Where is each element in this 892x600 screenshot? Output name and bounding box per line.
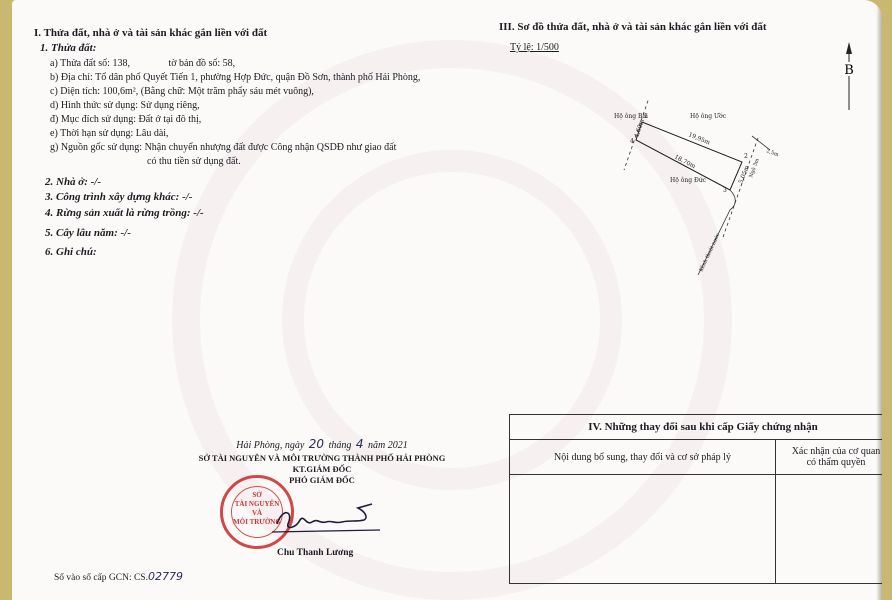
parcel-number-text: a) Thửa đất số: 138, (50, 58, 130, 69)
handwritten-signature (272, 498, 382, 538)
subsection-heading-parcel: 1. Thửa đất: (40, 42, 96, 54)
parcel-address: b) Địa chỉ: Tổ dân phố Quyết Tiến 1, phư… (50, 72, 420, 83)
date-year: năm 2021 (368, 440, 408, 451)
changes-col-content: Nội dung bổ sung, thay đổi và cơ sở pháp… (510, 440, 776, 475)
section-other-construction: 3. Công trình xây dựng khác: -/- (45, 191, 192, 203)
changes-empty-confirmation-cell (776, 475, 883, 584)
edge-4-1: 4,60m (633, 118, 646, 139)
changes-empty-content-cell (510, 475, 776, 584)
signer-name: Chu Thanh Lương (277, 548, 353, 558)
date-month: 4 (354, 437, 366, 451)
issue-date: Hải Phòng, ngày 20 tháng 4 năm 2021 (172, 437, 472, 451)
usage-origin-continued: có thu tiền sử dụng đất. (147, 156, 241, 167)
section-perennial-trees: 5. Cây lâu năm: -/- (45, 227, 131, 239)
neighbor-uoc: Hộ ông Ước (690, 113, 727, 120)
registry-value: 02779 (148, 570, 183, 583)
parcel-diagram: Hộ ông Bài Hộ ông Ước Hộ ông Đức 1 2 3 4… (590, 100, 810, 280)
section-notes: 6. Ghi chú: (45, 246, 97, 258)
section-heading-land: I. Thửa đất, nhà ở và tài sản khác gắn l… (34, 27, 267, 39)
edge-1-2: 19,95m (687, 131, 711, 146)
usage-form: d) Hình thức sử dụng: Sử dụng riêng, (50, 100, 200, 111)
col2-line1: Xác nhận của cơ quan (780, 446, 882, 457)
usage-term: e) Thời hạn sử dụng: Lâu dài, (50, 128, 169, 139)
point-2: 2 (744, 153, 748, 160)
date-month-label: tháng (329, 440, 352, 451)
diagram-title: III. Sơ đồ thửa đất, nhà ở và tài sản kh… (499, 21, 767, 33)
diagram-scale: Tỷ lệ: 1/500 (510, 42, 559, 53)
usage-purpose: đ) Mục đích sử dụng: Đất ở tại đô thị, (50, 114, 201, 125)
signer-role-1: KT.GIÁM ĐỐC (172, 464, 472, 474)
neighbor-duc: Hộ ông Đức (670, 177, 707, 184)
point-1: 1 (644, 113, 648, 120)
certificate-page: I. Thửa đất, nhà ở và tài sản khác gắn l… (12, 0, 882, 600)
neighbor-bai: Hộ ông Bài (614, 113, 648, 120)
canal-label: Kênh thoát nước (697, 232, 721, 273)
registry-number: Số vào sổ cấp GCN: CS.02779 (54, 570, 183, 583)
north-arrow-icon: B (839, 42, 859, 112)
north-label: B (844, 63, 854, 78)
col2-line2: có thẩm quyền (780, 457, 882, 468)
section-planted-forest: 4. Rừng sản xuất là rừng trồng: -/- (45, 207, 204, 219)
offset-label: 2,5m (765, 148, 779, 158)
parcel-number: a) Thửa đất số: 138, tờ bản đồ số: 58, (50, 58, 235, 69)
point-3: 3 (723, 187, 727, 194)
map-sheet-number: tờ bản đồ số: 58, (168, 58, 235, 69)
registry-label: Số vào sổ cấp GCN: CS. (54, 573, 148, 583)
point-4: 4 (630, 138, 634, 145)
date-day: 20 (307, 437, 326, 451)
changes-table: IV. Những thay đổi sau khi cấp Giấy chứn… (509, 414, 882, 584)
changes-table-title: IV. Những thay đổi sau khi cấp Giấy chứn… (510, 415, 883, 440)
issuing-agency: SỞ TÀI NGUYÊN VÀ MÔI TRƯỜNG THÀNH PHỐ HẢ… (172, 453, 472, 463)
signer-role-2: PHÓ GIÁM ĐỐC (172, 475, 472, 485)
usage-origin: g) Nguồn gốc sử dụng: Nhận chuyển nhượng… (50, 142, 396, 153)
section-house: 2. Nhà ở: -/- (45, 176, 101, 188)
parcel-area: c) Diện tích: 100,6m², (Bằng chữ: Một tr… (50, 86, 314, 97)
date-prefix: Hải Phòng, ngày (236, 440, 304, 451)
signature-block: Hải Phòng, ngày 20 tháng 4 năm 2021 SỞ T… (172, 437, 472, 485)
changes-col-confirmation: Xác nhận của cơ quan có thẩm quyền (776, 440, 883, 475)
